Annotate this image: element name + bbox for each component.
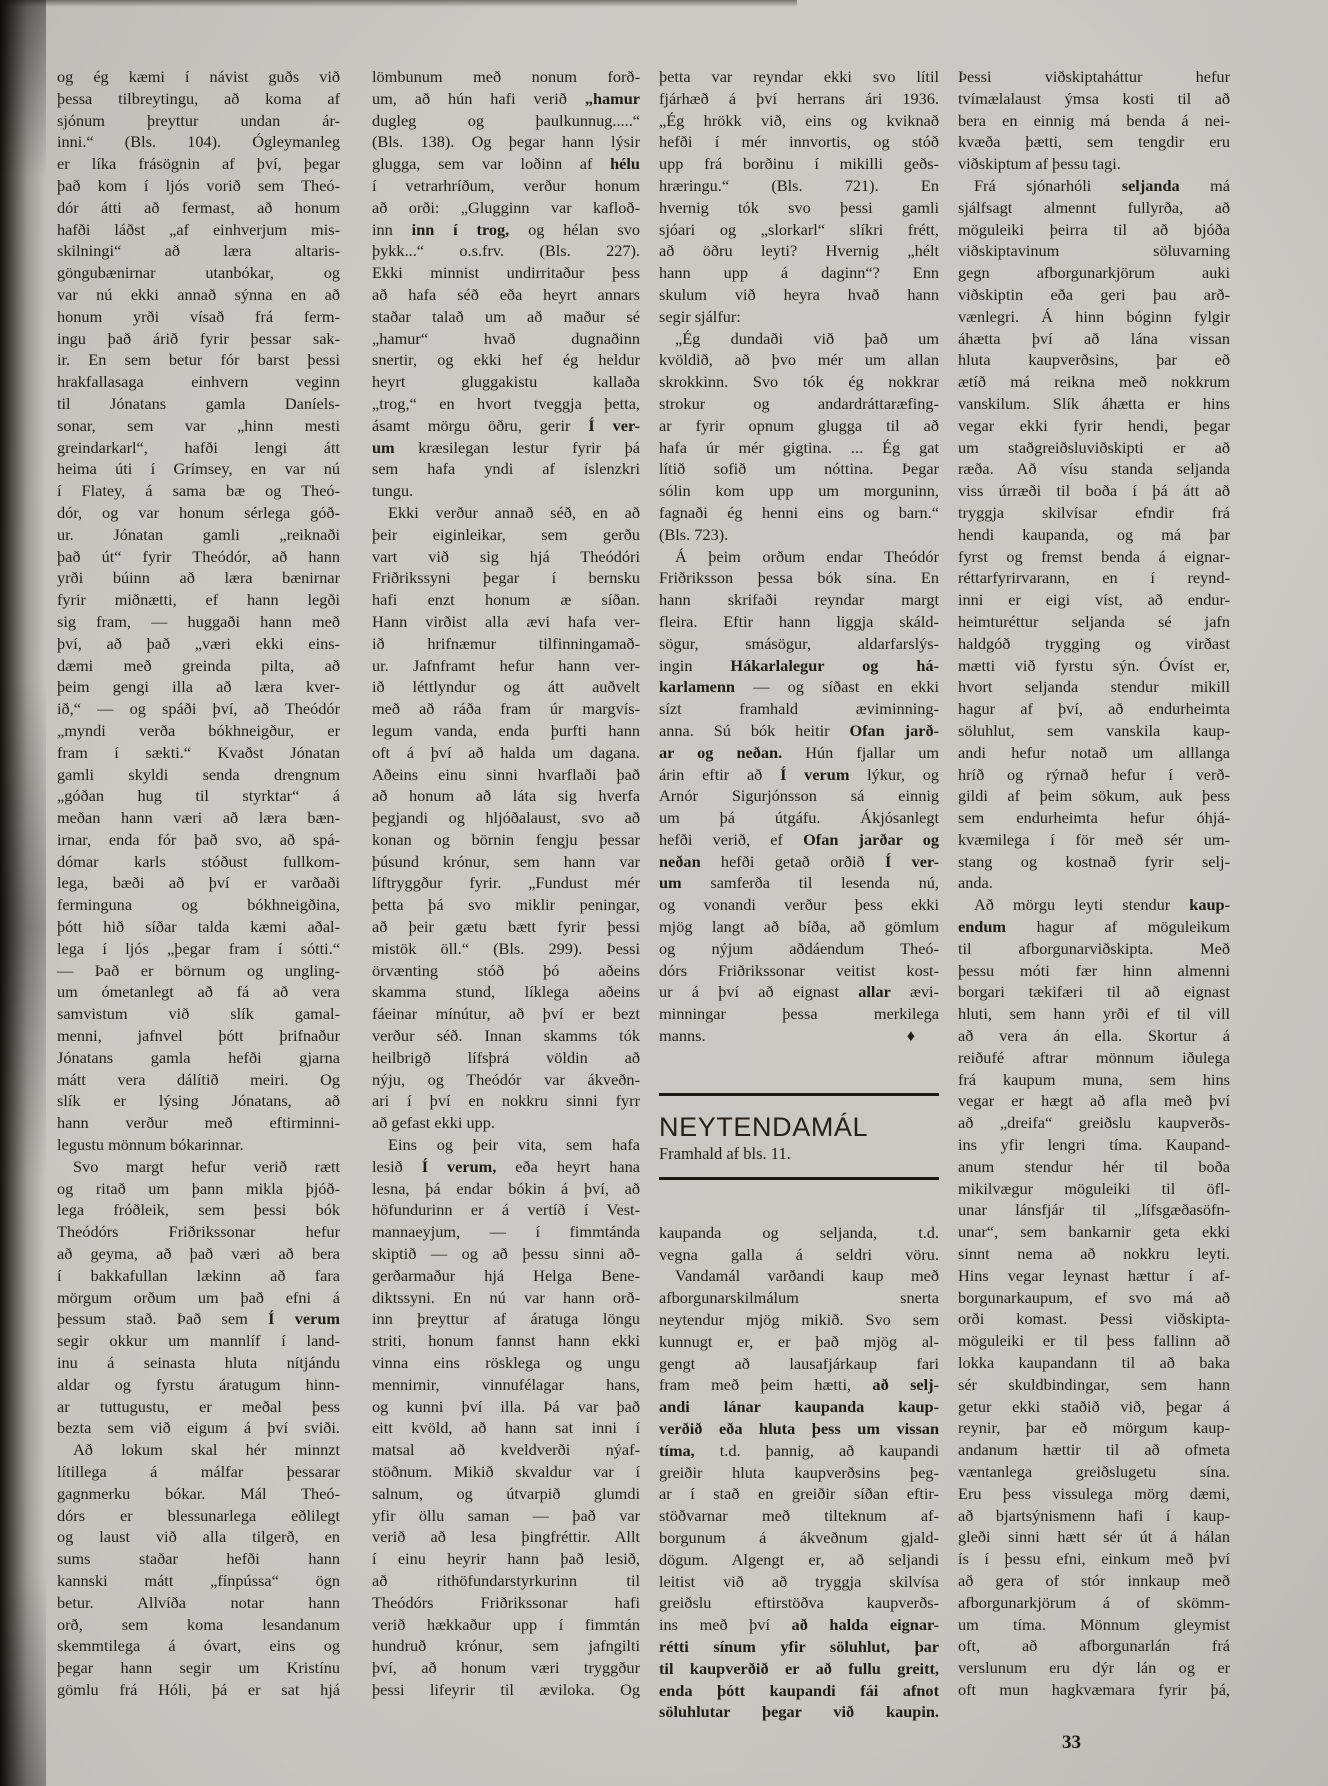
- text-line: sig fram, — huggaði hann með: [57, 611, 340, 633]
- text-line: dómar karls stóðust fullkom-: [57, 851, 340, 873]
- text-line: ari í því en nokkru sinni fyrr: [372, 1090, 640, 1112]
- text-line: gerðarmaður hjá Helga Bene-: [372, 1265, 640, 1287]
- text-line: fleira. Eftir hann liggja skáld-: [659, 611, 939, 633]
- text-line: oft, að afborgunarlán frá: [958, 1635, 1230, 1657]
- text-line: Eins og þeir vita, sem hafa: [372, 1134, 640, 1156]
- text-line: Þessi viðskiptaháttur hefur: [958, 66, 1230, 88]
- text-line: viðskiptin eða geri þau arð-: [958, 284, 1230, 306]
- text-line: ar tuttugustu, er meðal þess: [57, 1396, 340, 1418]
- text-line: söluhlutar þegar við kaupin.: [659, 1701, 939, 1723]
- text-line: að orði: „Glugginn var kafloð-: [372, 197, 640, 219]
- text-line: dugleg og þaulkunnug.....“: [372, 110, 640, 132]
- text-line: sem endurheimta hefur óhjá-: [958, 807, 1230, 829]
- text-line: andi lánar kaupanda kaup-: [659, 1396, 939, 1418]
- text-line: lítið sofið um nóttina. Þegar: [659, 458, 939, 480]
- text-line: hríð og rýrnað hefur í verð-: [958, 764, 1230, 786]
- text-line: greindarkarl“, hafði lengi átt: [57, 437, 340, 459]
- text-line: um kræsilegan lestur fyrir þá: [372, 437, 640, 459]
- text-line: Friðriksson þessa bók sína. En: [659, 567, 939, 589]
- text-line: salnum, og útvarpið glumdi: [372, 1483, 640, 1505]
- text-line: ins með því að halda eignar-: [659, 1614, 939, 1636]
- text-line: þúsund krónur, sem hann var: [372, 851, 640, 873]
- text-line: ar fyrir opnum glugga til að: [659, 415, 939, 437]
- text-line: að rithöfundarstyrkurinn til: [372, 1570, 640, 1592]
- text-line: endum hagur af möguleikum: [958, 916, 1230, 938]
- text-line: gömlu frá Hóli, þá er sat hjá: [57, 1679, 340, 1701]
- text-line: haldgóð trygging og virðast: [958, 633, 1230, 655]
- text-line: að hafa séð eða heyrt annars: [372, 284, 640, 306]
- text-line: verið að lesa þingfréttir. Allt: [372, 1526, 640, 1548]
- text-line: tíma, t.d. þannig, að kaupandi: [659, 1440, 939, 1462]
- text-line: matsal að kveldverði nýaf-: [372, 1439, 640, 1461]
- text-line: vegna galla á seldri vöru.: [659, 1244, 939, 1266]
- text-line: um tíma. Mönnum gleymist: [958, 1614, 1230, 1636]
- paragraph: Að mörgu leyti stendur kaup-endum hagur …: [958, 894, 1230, 1700]
- text-line: til Jónatans gamla Daníels-: [57, 393, 340, 415]
- text-line: mennirnir, vinnufélagar hans,: [372, 1374, 640, 1396]
- text-line: legum vanda, enda þurfti hann: [372, 720, 640, 742]
- text-line: fyrir miðnætti, ef hann legði: [57, 589, 340, 611]
- text-line: að gera of stór innkaup með: [958, 1570, 1230, 1592]
- text-line: að öðru leyti? Hvernig „hélt: [659, 240, 939, 262]
- text-line: þessa tilbreytingu, að koma af: [57, 88, 340, 110]
- text-line: ur. Jafnframt hefur hann ver-: [372, 655, 640, 677]
- text-line: segir sjálfur:: [659, 306, 939, 328]
- text-line: frá kaupum muna, sem hins: [958, 1069, 1230, 1091]
- text-line: — Það er börnum og ungling-: [57, 960, 340, 982]
- text-line: í einu heyrir hann það lesið,: [372, 1548, 640, 1570]
- text-line: höfundurinn er á vertíð í Vest-: [372, 1199, 640, 1221]
- text-line: hvernig tók svo þessi gamli: [659, 197, 939, 219]
- column-2: lömbunum með nonum forð-um, að hún hafi …: [372, 66, 640, 1701]
- text-line: og vonandi verður þess ekki: [659, 894, 939, 916]
- text-line: mistök öll.“ (Bls. 299). Þessi: [372, 938, 640, 960]
- text-line: þegar hann segir um Kristínu: [57, 1657, 340, 1679]
- text-line: gleði sinni hætt sér út á hálan: [958, 1526, 1230, 1548]
- text-line: betur. Allvíða notar hann: [57, 1592, 340, 1614]
- text-line: „trog,“ en hvort tveggja þetta,: [372, 393, 640, 415]
- paragraph: Vandamál varðandi kaup meðafborgunarskil…: [659, 1265, 939, 1723]
- text-line: sólin kom upp um morguninn,: [659, 480, 939, 502]
- scanned-magazine-page: { "page": { "number": "33", "paper_color…: [0, 0, 1328, 1786]
- text-line: skiptið — og að þessu sinni að-: [372, 1243, 640, 1265]
- text-line: að „dreifa“ greiðslu kaupverðs-: [958, 1112, 1230, 1134]
- text-line: Theódórs Friðrikssonar hefur: [57, 1221, 340, 1243]
- text-line: þessu móti fær hinn almenni: [958, 960, 1230, 982]
- text-line: hefði í mér innvortis, og stóð: [659, 131, 939, 153]
- text-line: hafi enzt honum æ síðan.: [372, 589, 640, 611]
- text-line: að þeir gætu bætt fyrir þessi: [372, 916, 640, 938]
- text-line: enda þótt kaupandi fái afnot: [659, 1680, 939, 1702]
- text-line: dögum. Algengt er, að seljandi: [659, 1549, 939, 1571]
- text-line: striti, honum fannst hann ekki: [372, 1330, 640, 1352]
- text-line: legustu mönnum bókarinnar.: [57, 1134, 340, 1156]
- scan-edge-shadow-top: [0, 0, 797, 7]
- text-line: réttarfyrirvarann, en í reynd-: [958, 567, 1230, 589]
- text-line: inn inn í trog, og hélan svo: [372, 219, 640, 241]
- text-line: lesið Í verum, eða heyrt hana: [372, 1156, 640, 1178]
- text-line: vegar er hægt að afla með því: [958, 1090, 1230, 1112]
- column-1: og ég kæmi í návist guðs viðþessa tilbre…: [57, 66, 340, 1701]
- text-line: Eru þess vissulega mörg dæmi,: [958, 1483, 1230, 1505]
- text-line: heimturéttur seljanda sé jafn: [958, 611, 1230, 633]
- text-line: segir okkur um mannlíf í land-: [57, 1330, 340, 1352]
- text-line: „Ég hrökk við, eins og kviknað: [659, 110, 939, 132]
- text-line: samvistum við slík gamal-: [57, 1003, 340, 1025]
- text-line: og ritað um þann mikla þjóð-: [57, 1178, 340, 1200]
- text-line: dór, og var honum sérlega góð-: [57, 502, 340, 524]
- page-number: 33: [1062, 1732, 1081, 1754]
- text-line: örvænting stóð þó aðeins: [372, 960, 640, 982]
- spacer: [659, 1096, 939, 1112]
- text-line: lega, bæði að því er varðaði: [57, 872, 340, 894]
- text-line: sonar, sem var „hinn mesti: [57, 415, 340, 437]
- text-line: gamli skyldi senda drengnum: [57, 764, 340, 786]
- text-line: í vetrarhríðum, verður honum: [372, 175, 640, 197]
- text-line: sinnt nema að nokkru leyti.: [958, 1243, 1230, 1265]
- text-line: kvæða þætti, sem tengdir eru: [958, 131, 1230, 153]
- text-line: þeir eiginleikar, sem gerðu: [372, 524, 640, 546]
- text-line: tvímælalaust ýmsa kosti til að: [958, 88, 1230, 110]
- text-line: Á þeim orðum endar Theódór: [659, 546, 939, 568]
- column-3: þetta var reyndar ekki svo lítilfjárhæð …: [659, 66, 939, 1723]
- text-line: þessum stað. Það sem Í verum: [57, 1308, 340, 1330]
- text-line: vinna eins rösklega og ungu: [372, 1352, 640, 1374]
- text-line: sjóari og „slorkarl“ slíkri frétt,: [659, 219, 939, 241]
- column-4: Þessi viðskiptaháttur hefurtvímælalaust …: [958, 66, 1230, 1701]
- text-line: viðskiptavinum söluvarning: [958, 240, 1230, 262]
- paragraph: Þessi viðskiptaháttur hefurtvímælalaust …: [958, 66, 1230, 175]
- text-line: Frá sjónarhóli seljanda má: [958, 175, 1230, 197]
- text-line: lömbunum með nonum forð-: [372, 66, 640, 88]
- text-line: Ekki minnist undirritaður þess: [372, 262, 640, 284]
- text-line: karlamenn — og síðast en ekki: [659, 676, 939, 698]
- text-line: dæmi með greinda pilta, að: [57, 655, 340, 677]
- text-line: hann skrifaði reyndar margt: [659, 589, 939, 611]
- text-line: mannaeyjum, — í fimmtánda: [372, 1221, 640, 1243]
- text-line: Theódórs Friðrikssonar hafi: [372, 1592, 640, 1614]
- text-line: sjónum þreyttur undan ár-: [57, 110, 340, 132]
- text-line: tungu.: [372, 480, 640, 502]
- text-line: Jónatans gamla hefði gjarna: [57, 1047, 340, 1069]
- text-line: hann verður með eftirminni-: [57, 1112, 340, 1134]
- text-line: þetta var reyndar ekki svo lítil: [659, 66, 939, 88]
- text-line: unar“, sem bankarnir geta ekki: [958, 1221, 1230, 1243]
- text-line: skrokkinn. Svo tók ég nokkrar: [659, 371, 939, 393]
- text-line: hafði láðst „af einhverjum mis-: [57, 219, 340, 241]
- text-line: viðskiptum af þessu tagi.: [958, 153, 1230, 175]
- text-line: að gefast ekki upp.: [372, 1112, 640, 1134]
- section-subtitle: Framhald af bls. 11.: [659, 1142, 939, 1165]
- text-line: ið,“ — og spáði því, að Theódór: [57, 698, 340, 720]
- text-line: ið hrifnæmur tilfinningamað-: [372, 633, 640, 655]
- text-line: hagur af því, að endurheimta: [958, 698, 1230, 720]
- paragraph: Svo margt hefur verið rættog ritað um þa…: [57, 1156, 340, 1439]
- text-line: kannski mátt „fínpússa“ ögn: [57, 1570, 340, 1592]
- paragraph: Eins og þeir vita, sem hafalesið Í verum…: [372, 1134, 640, 1701]
- text-line: anna. Sú bók heitir Ofan jarð-: [659, 720, 939, 742]
- text-line: bezta sem við eigum á því sviði.: [57, 1417, 340, 1439]
- text-line: möguleiki þeirra til að bjóða: [958, 219, 1230, 241]
- text-line: að bjartsýnismenn hafi í kaup-: [958, 1505, 1230, 1527]
- text-line: „hamur“ hvað dugnaðinn: [372, 328, 640, 350]
- text-line: Ekki verður annað séð, en að: [372, 502, 640, 524]
- text-line: borgunarkaupum, ef svo má að: [958, 1287, 1230, 1309]
- text-line: fjárhæð á því herrans ári 1936.: [659, 88, 939, 110]
- paragraph: og ég kæmi í návist guðs viðþessa tilbre…: [57, 66, 340, 1156]
- text-line: borgunum á ákveðnum gjald-: [659, 1527, 939, 1549]
- text-line: gagnmerku bókar. Mál Theó-: [57, 1483, 340, 1505]
- text-line: göngubænirnar utanbókar, og: [57, 262, 340, 284]
- text-line: Svo margt hefur verið rætt: [57, 1156, 340, 1178]
- spacer: [659, 1165, 939, 1177]
- text-line: þótt hið síðar talda kæmi aðal-: [57, 916, 340, 938]
- text-line: að honum að láta sig hverfa: [372, 785, 640, 807]
- text-line: ræða. Að vísu standa seljanda: [958, 458, 1230, 480]
- text-line: fram í sækti.“ Kvaðst Jónatan: [57, 742, 340, 764]
- text-line: hann upp á daginn“? Enn: [659, 262, 939, 284]
- text-line: áhætta því að lána vissan: [958, 328, 1230, 350]
- text-line: Aðeins einu sinni hvarflaði það: [372, 764, 640, 786]
- text-line: ur á því að eignast allar ævi-: [659, 981, 939, 1003]
- text-line: afborgunarkjörum á of skömm-: [958, 1592, 1230, 1614]
- text-line: ins yfir lengri tíma. Kaupand-: [958, 1134, 1230, 1156]
- text-line: heyrt gluggakistu kallaða: [372, 371, 640, 393]
- text-line: hefði verið, ef Ofan jarðar og: [659, 829, 939, 851]
- text-line: „myndi verða bókhneigður, er: [57, 720, 340, 742]
- text-line: ingu það árið fyrir þessar sak-: [57, 328, 340, 350]
- text-line: „Ég dundaði við það um: [659, 328, 939, 350]
- text-line: gengt að lausafjárkaup fari: [659, 1353, 939, 1375]
- text-line: inni er eigi víst, að endur-: [958, 589, 1230, 611]
- text-line: til afborgunarviðskipta. Með: [958, 938, 1230, 960]
- text-line: möguleiki er til þess fallinn að: [958, 1330, 1230, 1352]
- text-line: kunnugt er, er það mjög al-: [659, 1331, 939, 1353]
- text-line: þegjandi og hljóðalaust, svo að: [372, 807, 640, 829]
- text-line: var nú ekki annað sýnna en að: [57, 284, 340, 306]
- text-line: skilningi“ að læra altaris-: [57, 240, 340, 262]
- text-line: ferminguna og bókhneigðina,: [57, 894, 340, 916]
- text-line: tryggja skilvísar efndir frá: [958, 502, 1230, 524]
- paragraph: Ekki verður annað séð, en aðþeir eiginle…: [372, 502, 640, 1134]
- text-line: fyrst og fremst benda á eignar-: [958, 546, 1230, 568]
- text-line: þessi lifeyrir til æviloka. Og: [372, 1679, 640, 1701]
- text-line: reiðufé aftrar mönnum iðulega: [958, 1047, 1230, 1069]
- text-line: inn þreyttur af áratuga löngu: [372, 1308, 640, 1330]
- text-line: honum yrði vísað frá ferm-: [57, 306, 340, 328]
- text-line: hundruð krónur, sem jafngilti: [372, 1635, 640, 1657]
- paragraph: Frá sjónarhóli seljanda másjálfsagt alme…: [958, 175, 1230, 894]
- text-line: um ómetanlegt að fá að vera: [57, 981, 340, 1003]
- text-line: stöðnum. Mikið skvaldur var í: [372, 1461, 640, 1483]
- text-line: bera en einnig má benda á nei-: [958, 110, 1230, 132]
- text-line: staðar talað um að maður sé: [372, 306, 640, 328]
- spacer: [659, 1047, 939, 1093]
- text-line: orði komast. Þessi viðskipta-: [958, 1308, 1230, 1330]
- paragraph: lömbunum með nonum forð-um, að hún hafi …: [372, 66, 640, 502]
- paragraph: þetta var reyndar ekki svo lítilfjárhæð …: [659, 66, 939, 328]
- text-line: hrakfallasaga einhvern veginn: [57, 371, 340, 393]
- text-line: ásamt mörgu öðru, gerir Í ver-: [372, 415, 640, 437]
- text-line: ís í þessu efni, einkum með því: [958, 1548, 1230, 1570]
- text-line: fram með þeim hætti, að selj-: [659, 1374, 939, 1396]
- paragraph: „Ég dundaði við það umkvöldið, að þvo mé…: [659, 328, 939, 546]
- text-line: lítillega á málfar þessarar: [57, 1461, 340, 1483]
- text-line: þykk...“ o.s.frv. (Bls. 227).: [372, 240, 640, 262]
- text-line: rétti sínum yfir söluhlut, þar: [659, 1636, 939, 1658]
- text-line: líftryggður fyrir. „Fundust mér: [372, 872, 640, 894]
- text-line: vart við sig hjá Theódóri: [372, 546, 640, 568]
- text-line: og laust við alla tilgerð, en: [57, 1526, 340, 1548]
- text-line: Arnór Sigurjónsson sá einnig: [659, 785, 939, 807]
- text-line: strokur og andardráttaræfing-: [659, 393, 939, 415]
- text-line: mikilvægur möguleiki til öfl-: [958, 1178, 1230, 1200]
- text-line: meðan hann væri að læra bæn-: [57, 807, 340, 829]
- text-line: inu á seinasta hluta nítjándu: [57, 1352, 340, 1374]
- text-line: aldar og fyrstu áratugum hinn-: [57, 1374, 340, 1396]
- text-line: lega fróðleik, sem þessi bók: [57, 1199, 340, 1221]
- text-line: verðið eða hluta þess um vissan: [659, 1418, 939, 1440]
- text-line: fagnaði ég henni eins og barn.“: [659, 502, 939, 524]
- text-line: hendi kaupanda, og má þar: [958, 524, 1230, 546]
- text-line: greiðir hluta kaupverðsins þeg-: [659, 1462, 939, 1484]
- text-line: sögur, smásögur, aldarfarslýs-: [659, 633, 939, 655]
- text-line: í bakkafullan lækinn að fara: [57, 1265, 340, 1287]
- text-line: lesna, þá endar bókin á því, að: [372, 1178, 640, 1200]
- text-line: sízt framhald æviminning-: [659, 698, 939, 720]
- text-line: yrði búinn að læra bænirnar: [57, 567, 340, 589]
- text-line: yfir öllu saman — það var: [372, 1505, 640, 1527]
- text-line: ir. En sem betur fór barst þessi: [57, 349, 340, 371]
- text-line: inni.“ (Bls. 104). Ógleymanleg: [57, 131, 340, 153]
- text-line: „góðan hug til styrktar“ á: [57, 785, 340, 807]
- text-line: verður séð. Innan skamms tók: [372, 1025, 640, 1047]
- text-line: (Bls. 723).: [659, 524, 939, 546]
- text-line: verið hækkaður upp í fimmtán: [372, 1614, 640, 1636]
- text-line: heima úti í Grímsey, en var nú: [57, 458, 340, 480]
- text-line: andi hefur notað um alllanga: [958, 742, 1230, 764]
- text-line: um staðgreiðsluviðskipti er að: [958, 437, 1230, 459]
- text-line: hvort seljanda stendur mikill: [958, 676, 1230, 698]
- text-line: upp frá borðinu í mikilli geðs-: [659, 153, 939, 175]
- text-line: að vera án ella. Skortur á: [958, 1025, 1230, 1047]
- text-line: lega í ljós „þegar fram í sótti.“: [57, 938, 340, 960]
- text-line: afborgunarskilmálum snerta: [659, 1287, 939, 1309]
- text-line: það út“ fyrir Theódór, að hann: [57, 546, 340, 568]
- text-line: sem hafa yndi af íslenzkri: [372, 458, 640, 480]
- text-line: anda.: [958, 872, 1230, 894]
- paragraph: Á þeim orðum endar TheódórFriðriksson þe…: [659, 546, 939, 1026]
- text-line: ingin Hákarlalegur og há-: [659, 655, 939, 677]
- text-line: Hins vegar leynast hættur í af-: [958, 1265, 1230, 1287]
- text-line: minningar þessa merkilega: [659, 1003, 939, 1025]
- text-line: sums staðar hefði hann: [57, 1548, 340, 1570]
- text-line: getur ekki staðið við, þegar á: [958, 1396, 1230, 1418]
- text-line: skemmtilega á óvart, eins og: [57, 1635, 340, 1657]
- text-line: vegar ekki fyrir hendi, þegar: [958, 415, 1230, 437]
- text-line: í Flatey, á sama bæ og Theó-: [57, 480, 340, 502]
- text-line: anum stendur hér til boða: [958, 1156, 1230, 1178]
- text-line: dórs er blessunarlega eðlilegt: [57, 1505, 340, 1527]
- text-line: skulum við heyra hvað hann: [659, 284, 939, 306]
- text-line: konan og börnin fengju þessar: [372, 829, 640, 851]
- text-line: og nýjum aðdáendum Theó-: [659, 938, 939, 960]
- text-line: heilbrigð lífsþrá völdin að: [372, 1047, 640, 1069]
- text-line: hræringu.“ (Bls. 721). En: [659, 175, 939, 197]
- text-line: því, að honum væri tryggður: [372, 1657, 640, 1679]
- text-line: vanskilum. Slík áhætta er hins: [958, 393, 1230, 415]
- text-line: hluti, sem hann yrði ef til vill: [958, 1003, 1230, 1025]
- text-line: það kom í ljós vorið sem Theó-: [57, 175, 340, 197]
- text-line: neðan hefði getað orðið Í ver-: [659, 851, 939, 873]
- text-line: borgari tækifæri til að eignast: [958, 981, 1230, 1003]
- text-line: sér skuldbindingar, sem hann: [958, 1374, 1230, 1396]
- text-line: verslunum eru dýr lán og er: [958, 1657, 1230, 1679]
- text-line: því, að það „væri ekki eins-: [57, 633, 340, 655]
- text-line: dórs Friðrikssonar veitist kost-: [659, 960, 939, 982]
- text-line: vænlegri. Á hinn bóginn fylgir: [958, 306, 1230, 328]
- text-line: snertir, og ekki hef ég heldur: [372, 349, 640, 371]
- text-line: með að ráða fram úr margvís-: [372, 698, 640, 720]
- text-line: ur. Jónatan gamli „reiknaði: [57, 524, 340, 546]
- text-line: söluhlut, sem vanskila kaup-: [958, 720, 1230, 742]
- text-line: neytendur mjög mikið. Svo sem: [659, 1309, 939, 1331]
- text-line: um, að hún hafi verið „hamur: [372, 88, 640, 110]
- text-line: ar í stað en greiðir síðan eftir-: [659, 1483, 939, 1505]
- text-line: lokka kaupandann til að baka: [958, 1352, 1230, 1374]
- text-line: hafa úr mér gigtina. ... Ég gat: [659, 437, 939, 459]
- text-line: ar og neðan. Hún fjallar um: [659, 742, 939, 764]
- paragraph: Að lokum skal hér minnztlítillega á málf…: [57, 1439, 340, 1701]
- text-line: Vandamál varðandi kaup með: [659, 1265, 939, 1287]
- text-line: mörgum orðum um það efni á: [57, 1287, 340, 1309]
- text-line: reynir, þar eð mörgum kaup-: [958, 1417, 1230, 1439]
- text-line: árin eftir að Í verum lýkur, og: [659, 764, 939, 786]
- text-line: unar lánsfjár til „lífsgæðasöfn-: [958, 1199, 1230, 1221]
- text-line: Hann virðist alla ævi hafa ver-: [372, 611, 640, 633]
- scan-edge-shadow-left-variation: [0, 0, 46, 1786]
- text-line: mætti við fyrstu sýn. Óvíst er,: [958, 655, 1230, 677]
- text-line: kvæmilega í för með sér um-: [958, 829, 1230, 851]
- text-line: ið léttlyndur og átt auðvelt: [372, 676, 640, 698]
- section-title: NEYTENDAMÁL: [659, 1112, 939, 1142]
- text-line: mjög langt að bíða, að gömlum: [659, 916, 939, 938]
- end-of-article-mark: ♦: [907, 1025, 915, 1047]
- text-line: Að mörgu leyti stendur kaup-: [958, 894, 1230, 916]
- text-line: kvöldið, að þvo mér um allan: [659, 349, 939, 371]
- text-line: og ég kæmi í návist guðs við: [57, 66, 340, 88]
- text-line: andanum hættir til að ofmeta: [958, 1439, 1230, 1461]
- text-line: dór átti að fermast, að honum: [57, 197, 340, 219]
- text-line: hluta kaupverðsins, þar eð: [958, 349, 1230, 371]
- text-line: irnar, enda fór það svo, að spá-: [57, 829, 340, 851]
- text-line: skamma stund, líklega aðeins: [372, 981, 640, 1003]
- text-line: gegn afborgunarkjörum auki: [958, 262, 1230, 284]
- text-line: nýju, og Theódór var ákveðn-: [372, 1069, 640, 1091]
- text-line: eitt kvöld, að hann sat inni í: [372, 1417, 640, 1439]
- text-line: Friðrikssyni þegar í bernsku: [372, 567, 640, 589]
- text-line: mátt vera dálítið meiri. Og: [57, 1069, 340, 1091]
- text-line: og kunni því illa. Þá var það: [372, 1396, 640, 1418]
- text-line: um samferða til lesenda nú,: [659, 872, 939, 894]
- text-line: ætíð má reikna með nokkrum: [958, 371, 1230, 393]
- text-line: oft mun hagkvæmara fyrir þá,: [958, 1679, 1230, 1701]
- text-line: gildi af þeim sökum, auk þess: [958, 785, 1230, 807]
- text-line: um þá útgáfu. Ákjósanlegt: [659, 807, 939, 829]
- text-line: slík er lýsing Jónatans, að: [57, 1090, 340, 1112]
- spacer: [659, 1180, 939, 1222]
- text-line: kaupanda og seljanda, t.d.: [659, 1222, 939, 1244]
